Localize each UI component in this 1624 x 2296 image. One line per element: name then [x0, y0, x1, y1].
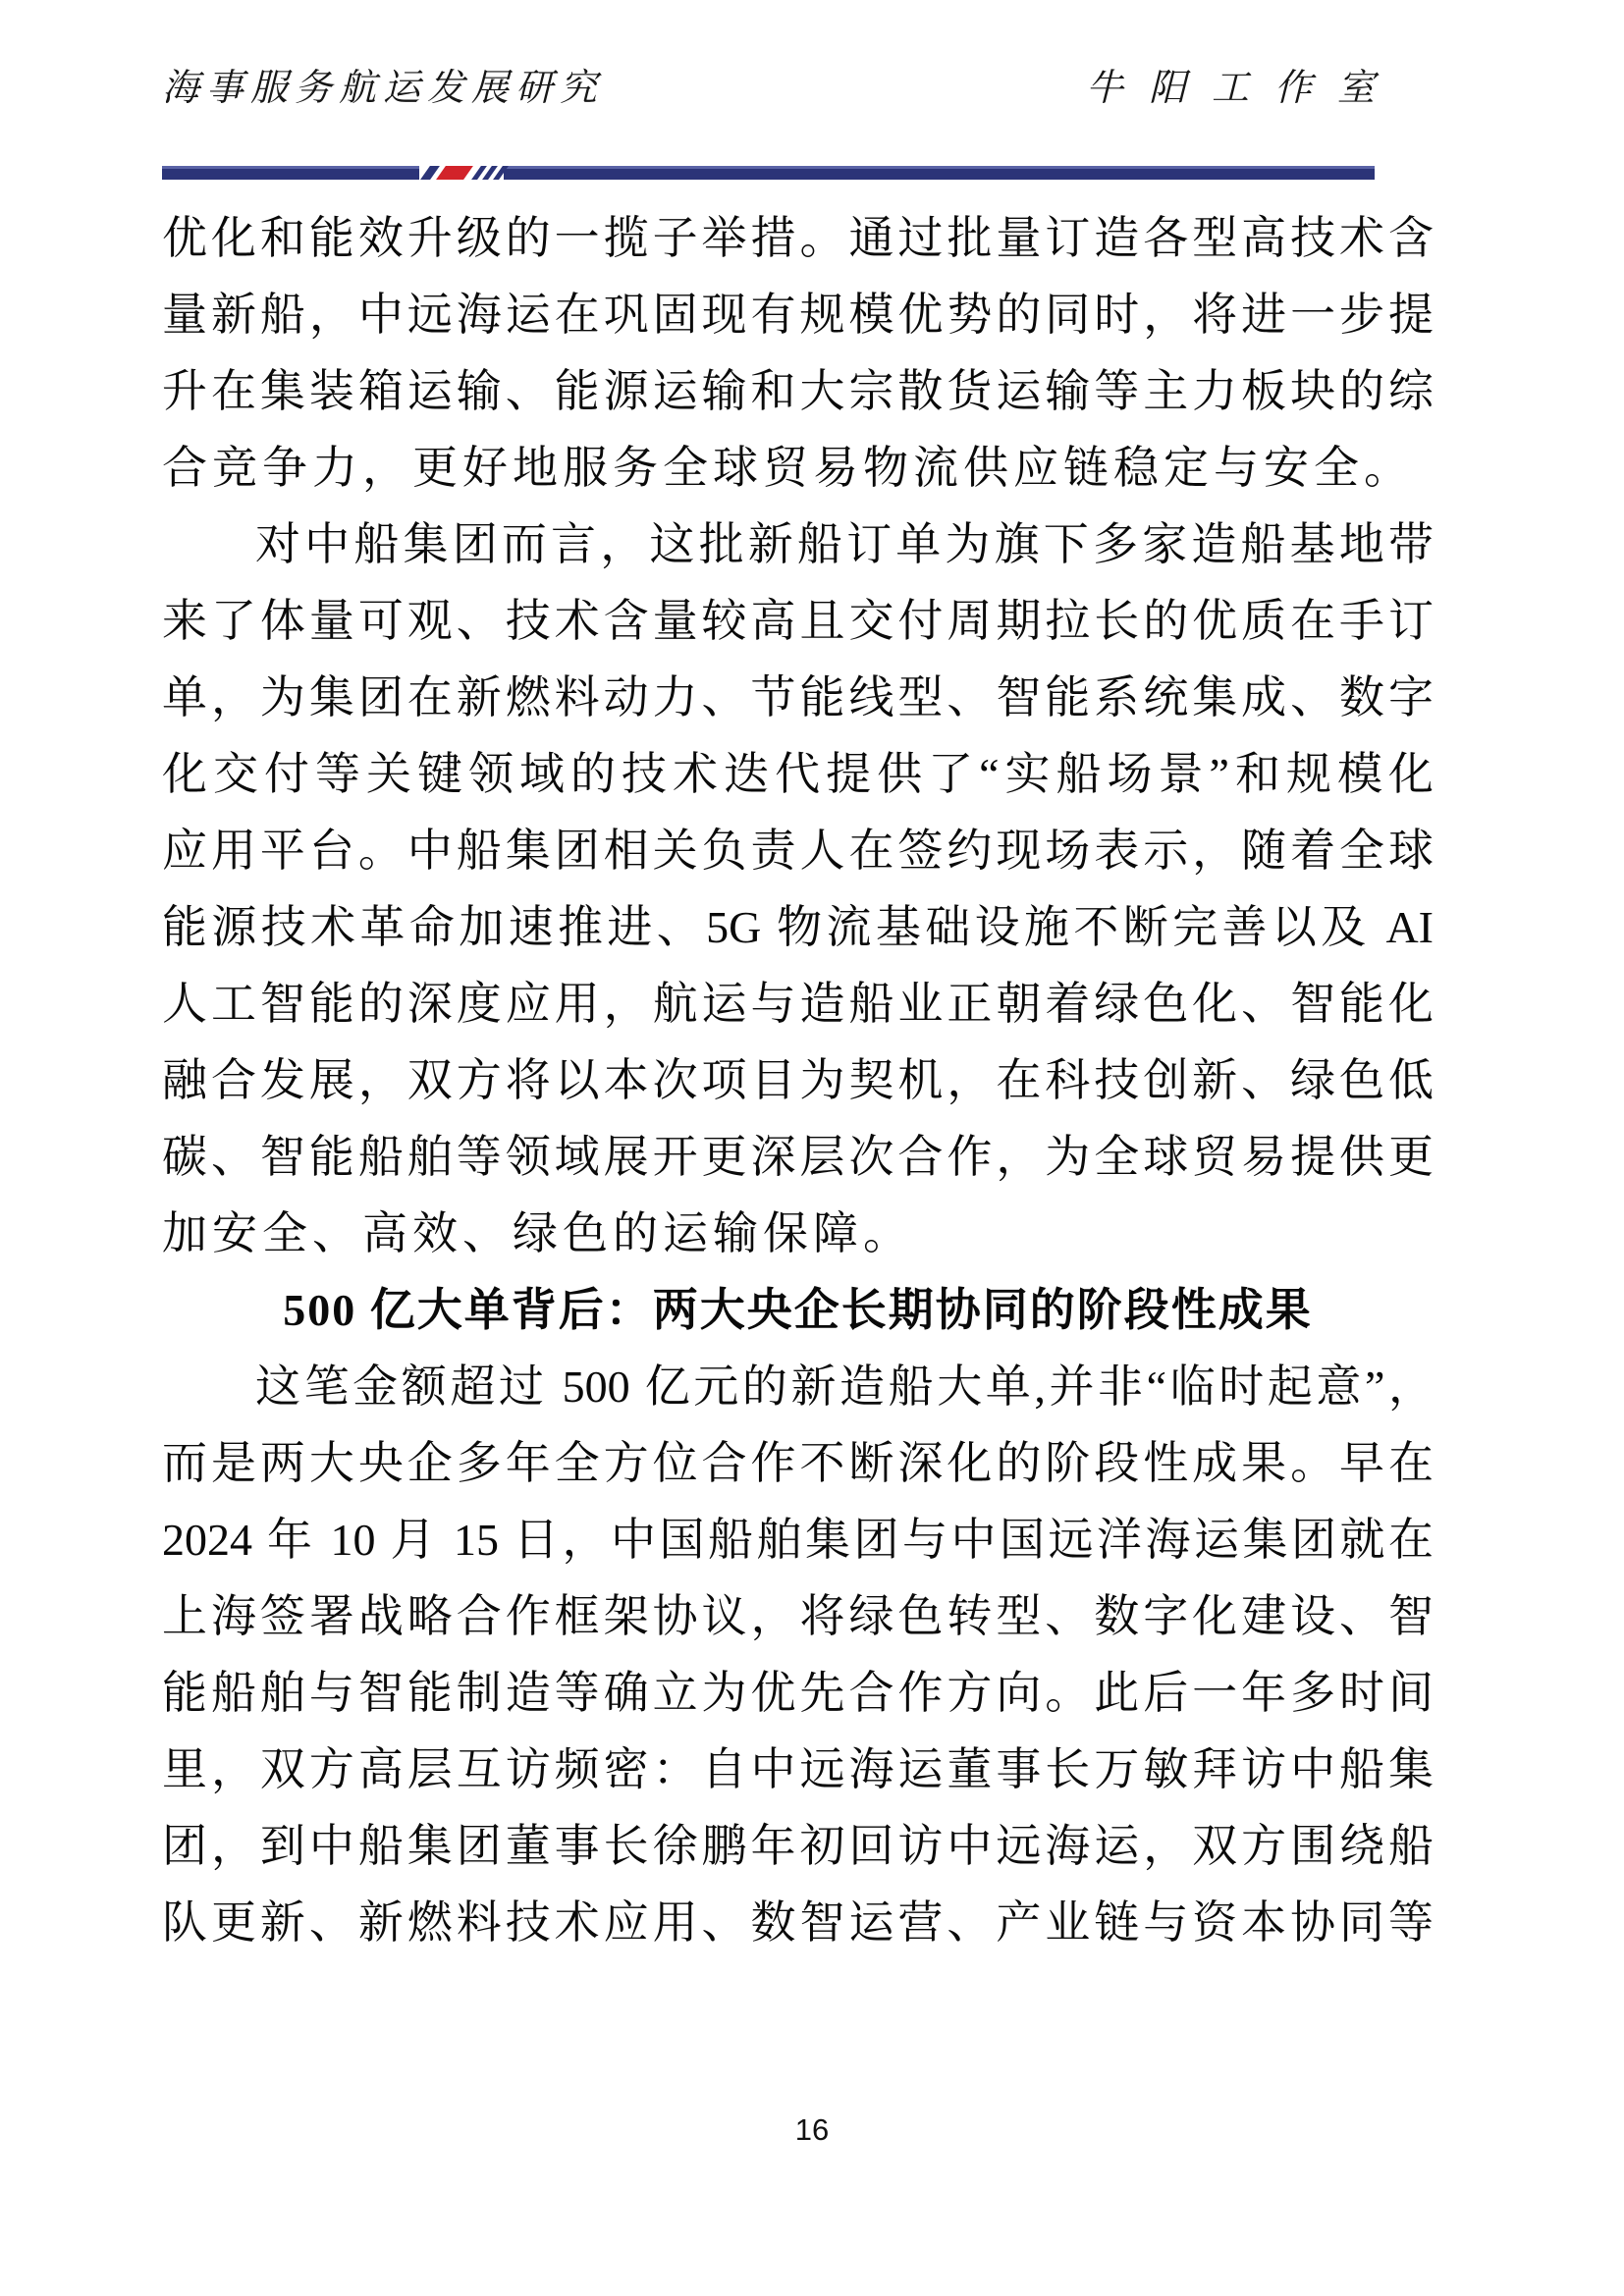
text-line: 优化和能效升级的一揽子举措。通过批量订造各型高技术含	[162, 200, 1434, 277]
header-rule-bar	[162, 166, 1375, 180]
text-line: 而是两大央企多年全方位合作不断深化的阶段性成果。早在	[162, 1425, 1434, 1502]
text-line: 应用平台。中船集团相关负责人在签约现场表示，随着全球	[162, 813, 1434, 889]
header-left-title: 海事服务航运发展研究	[162, 57, 604, 111]
text-line: 加安全、高效、绿色的运输保障。	[162, 1196, 1434, 1272]
page-number: 16	[0, 2112, 1624, 2148]
text-line: 来了体量可观、技术含量较高且交付周期拉长的优质在手订	[162, 583, 1434, 660]
document-page: 海事服务航运发展研究 牛阳工作室 优化和能效升级的一揽子举措。通过批量订造各型高…	[0, 0, 1624, 2296]
section-heading: 500 亿大单背后：两大央企长期协同的阶段性成果	[162, 1272, 1434, 1349]
text-line: 升在集装箱运输、能源运输和大宗散货运输等主力板块的综	[162, 353, 1434, 430]
text-line: 融合发展，双方将以本次项目为契机，在科技创新、绿色低	[162, 1042, 1434, 1119]
text-line: 化交付等关键领域的技术迭代提供了“实船场景”和规模化	[162, 736, 1434, 813]
text-line: 团，到中船集团董事长徐鹏年初回访中远海运，双方围绕船	[162, 1808, 1434, 1885]
text-line: 碳、智能船舶等领域展开更深层次合作，为全球贸易提供更	[162, 1119, 1434, 1196]
text-line: 能源技术革命加速推进、5G 物流基础设施不断完善以及 AI	[162, 889, 1434, 966]
text-line: 里，双方高层互访频密：自中远海运董事长万敏拜访中船集	[162, 1732, 1434, 1808]
text-line: 队更新、新燃料技术应用、数智运营、产业链与资本协同等	[162, 1885, 1434, 1961]
text-line: 单，为集团在新燃料动力、节能线型、智能系统集成、数字	[162, 660, 1434, 736]
header-rule-decoration	[419, 166, 504, 180]
decoration-red-slash-icon	[436, 166, 473, 180]
text-line: 上海签署战略合作框架协议，将绿色转型、数字化建设、智	[162, 1578, 1434, 1655]
body-text: 优化和能效升级的一揽子举措。通过批量订造各型高技术含量新船，中远海运在巩固现有规…	[162, 200, 1434, 1961]
text-line: 这笔金额超过 500 亿元的新造船大单,并非“临时起意”，	[162, 1349, 1434, 1425]
text-line: 合竞争力，更好地服务全球贸易物流供应链稳定与安全。	[162, 430, 1434, 507]
page-header: 海事服务航运发展研究 牛阳工作室	[162, 57, 1375, 111]
text-line: 人工智能的深度应用，航运与造船业正朝着绿色化、智能化	[162, 966, 1434, 1042]
text-line: 能船舶与智能制造等确立为优先合作方向。此后一年多时间	[162, 1655, 1434, 1732]
text-line: 2024 年 10 月 15 日，中国船舶集团与中国远洋海运集团就在	[162, 1502, 1434, 1578]
text-line: 对中船集团而言，这批新船订单为旗下多家造船基地带	[162, 507, 1434, 583]
text-line: 量新船，中远海运在巩固现有规模优势的同时，将进一步提	[162, 277, 1434, 353]
header-rule	[162, 166, 1375, 180]
header-right-title: 牛阳工作室	[1086, 57, 1400, 111]
